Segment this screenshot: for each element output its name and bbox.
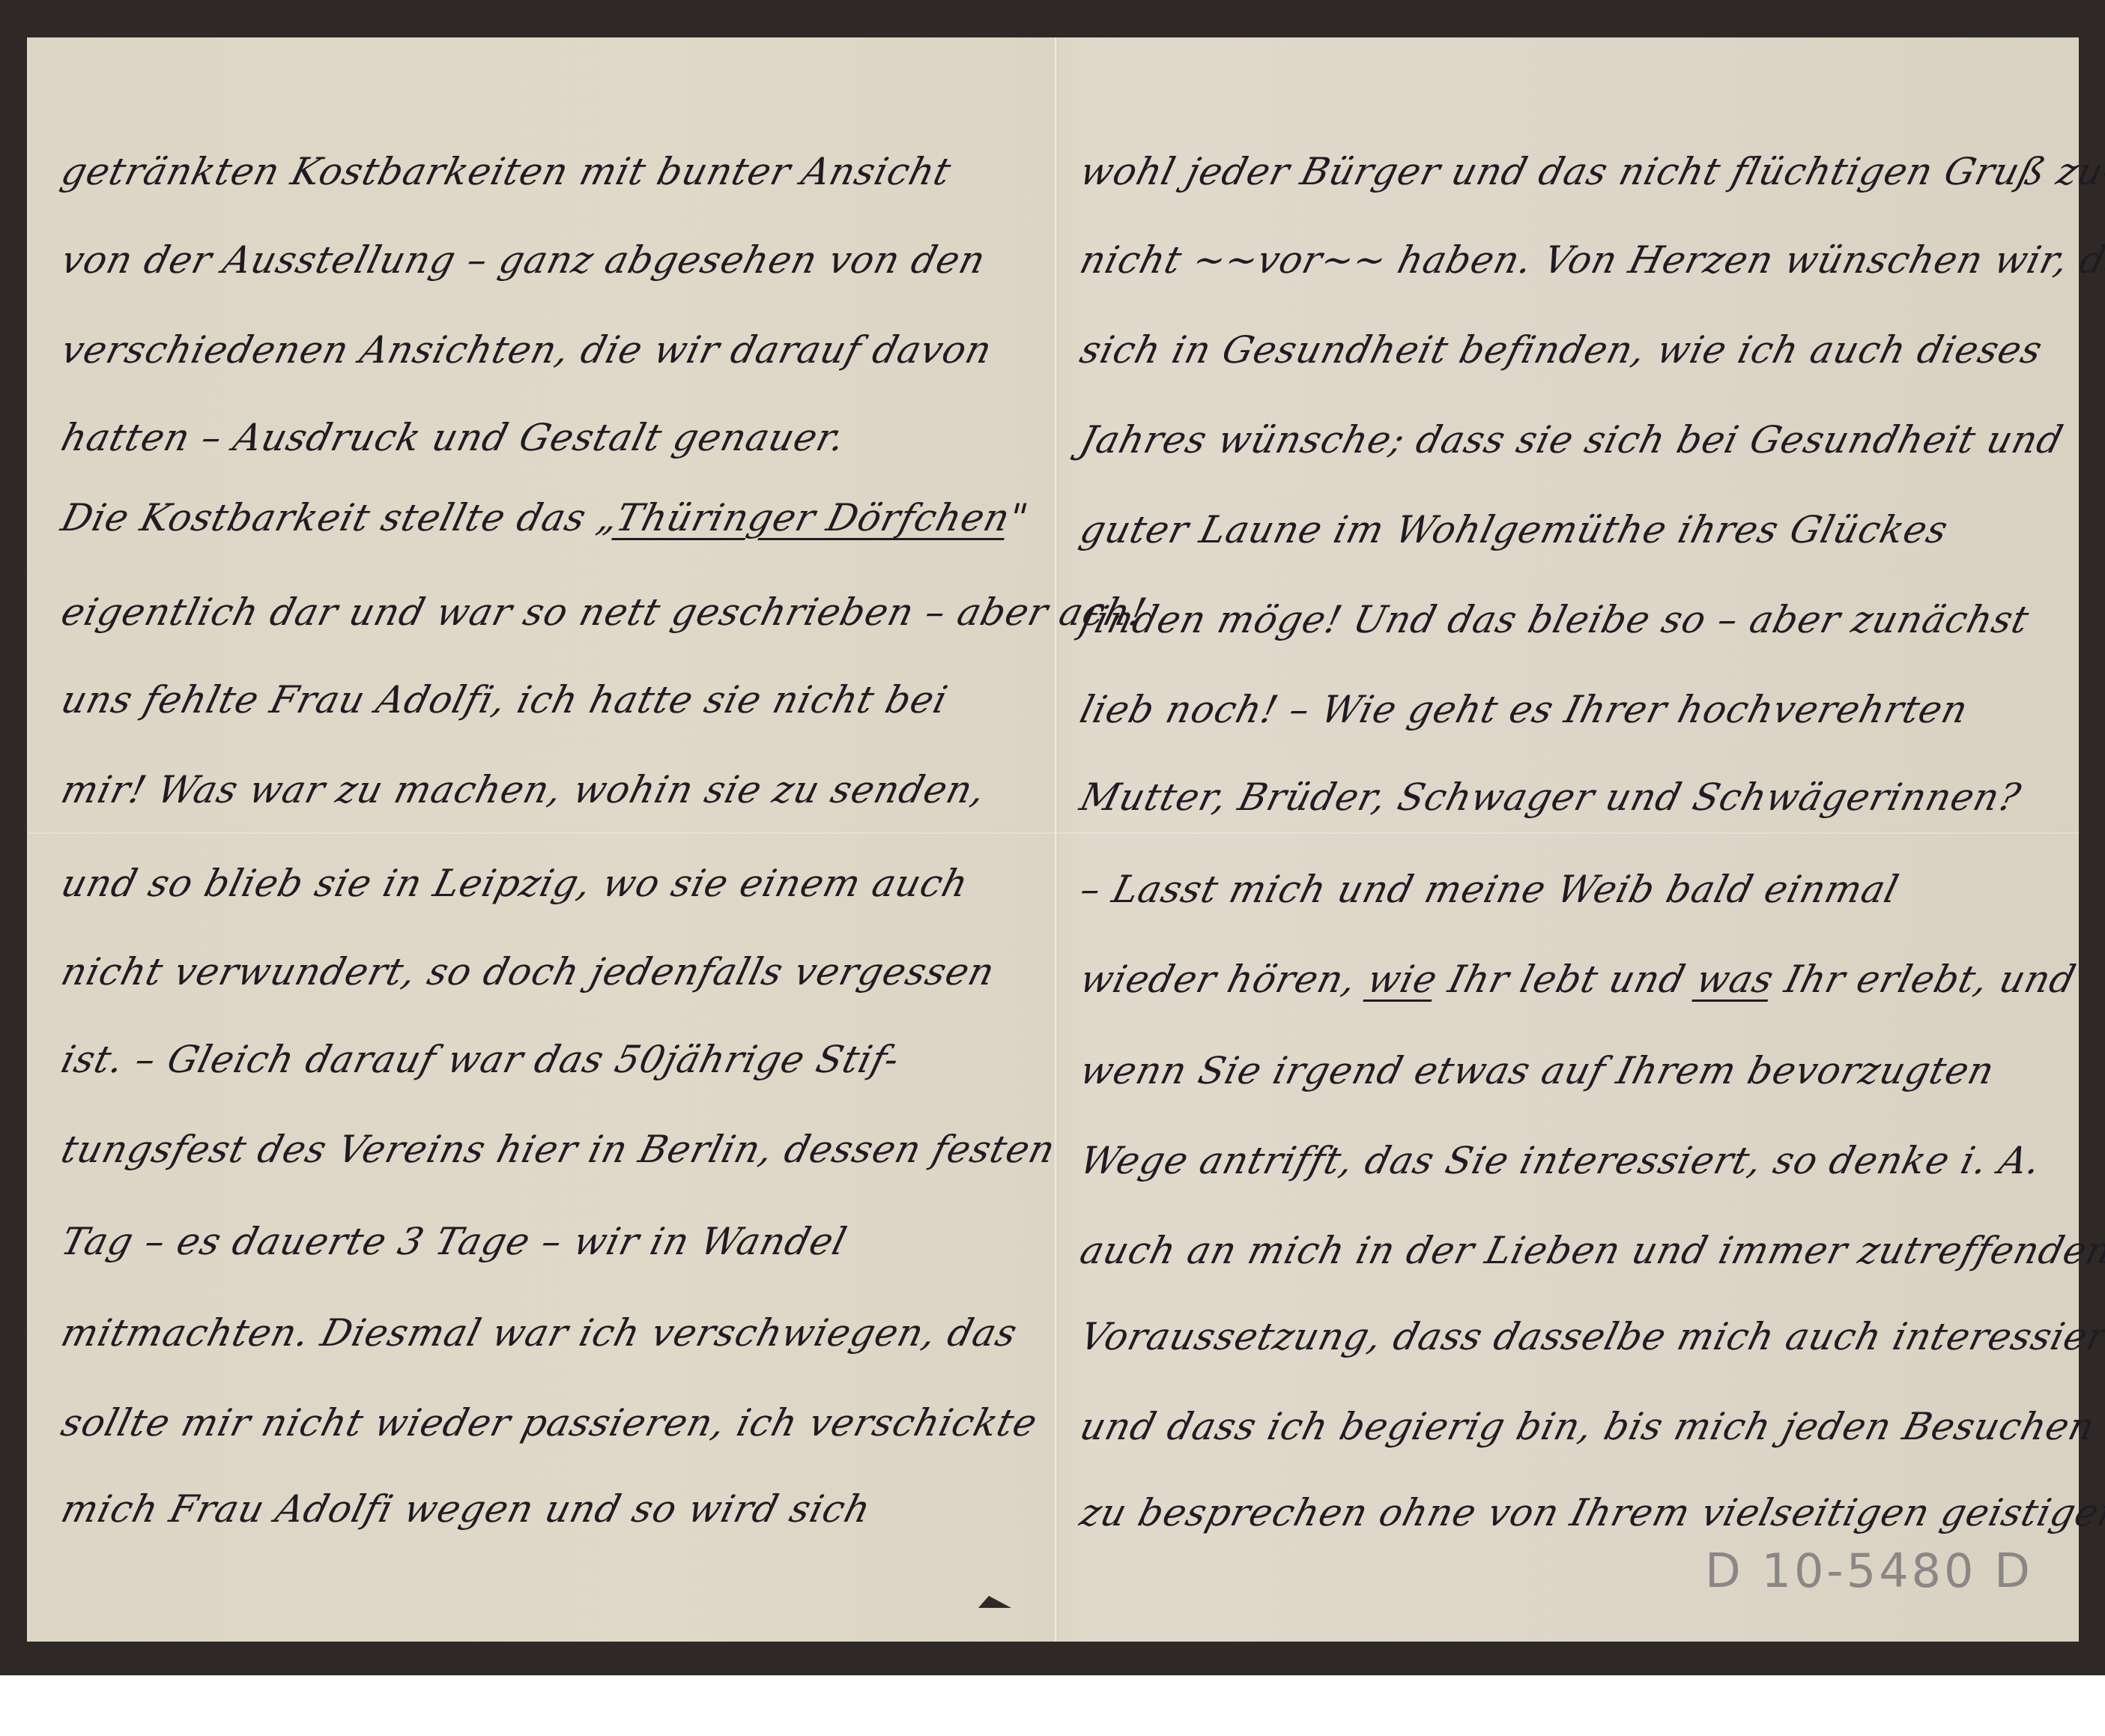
right-line-14: Voraussetzung, dass dasselbe mich auch i… — [1076, 1315, 2105, 1358]
right-line-2: nicht ~~vor~~ haben. Von Herzen wünschen… — [1076, 238, 2105, 282]
underlined-title: Thüringer Dörfchen — [611, 496, 1014, 539]
right-line-10-b: Ihr lebt und — [1432, 958, 1703, 1001]
right-line-10-a: wieder hören, — [1076, 958, 1374, 1001]
left-line-7: uns fehlte Frau Adolfi, ich hatte sie ni… — [57, 678, 952, 722]
left-line-5-a: Die Kostbarkeit stellte das „ — [57, 496, 623, 539]
underlined-wie: wie — [1363, 958, 1443, 1001]
right-line-4: Jahres wünsche; dass sie sich bei Gesund… — [1076, 418, 2068, 462]
left-line-4: hatten – Ausdruck und Gestalt genauer. — [57, 416, 850, 459]
left-line-13: Tag – es dauerte 3 Tage – wir in Wandel — [57, 1220, 851, 1263]
left-line-11: ist. – Gleich darauf war das 50jährige S… — [57, 1038, 904, 1081]
right-line-9: – Lasst mich und meine Weib bald einmal — [1076, 868, 1903, 911]
right-line-5: guter Laune im Wohlgemüthe ihres Glückes — [1076, 508, 1953, 551]
left-line-12: tungsfest des Vereins hier in Berlin, de… — [57, 1128, 1060, 1171]
left-line-16: mich Frau Adolfi wegen und so wird sich — [57, 1487, 876, 1531]
right-line-10-c: Ihr erlebt, und — [1768, 958, 2080, 1001]
right-line-10: wieder hören, wie Ihr lebt und was Ihr e… — [1076, 958, 2080, 1001]
right-line-16: zu besprechen ohne von Ihrem vielseitige… — [1076, 1491, 2105, 1534]
right-line-13: auch an mich in der Lieben und immer zut… — [1076, 1229, 2105, 1272]
right-page: wohl jeder Bürger und das nicht flüchtig… — [1076, 37, 2065, 1642]
left-line-1: getränkten Kostbarkeiten mit bunter Ansi… — [57, 150, 956, 193]
right-line-1: wohl jeder Bürger und das nicht flüchtig… — [1076, 150, 2105, 193]
right-line-8: Mutter, Brüder, Schwager und Schwägerinn… — [1076, 775, 2026, 819]
left-line-5: Die Kostbarkeit stellte das „Thüringer D… — [57, 496, 1033, 539]
left-line-14: mitmachten. Diesmal war ich verschwiegen… — [57, 1311, 1022, 1355]
right-line-11: wenn Sie irgend etwas auf Ihrem bevorzug… — [1076, 1049, 1999, 1092]
right-line-7: lieb noch! – Wie geht es Ihrer hochvereh… — [1076, 688, 1972, 731]
archive-signature: D 10-5480 D — [1705, 1543, 2033, 1598]
letter-sheet: getränkten Kostbarkeiten mit bunter Ansi… — [27, 37, 2079, 1642]
left-line-2: von der Ausstellung – ganz abgesehen von… — [57, 238, 990, 282]
paper-tear — [978, 1596, 1011, 1608]
left-line-10: nicht verwundert, so doch jedenfalls ver… — [57, 950, 999, 993]
left-line-3: verschiedenen Ansichten, die wir darauf … — [57, 328, 997, 372]
left-line-9: und so blieb sie in Leipzig, wo sie eine… — [57, 862, 973, 905]
right-line-3: sich in Gesundheit befinden, wie ich auc… — [1076, 328, 2047, 372]
right-line-15: und dass ich begierig bin, bis mich jede… — [1076, 1405, 2100, 1448]
underlined-was: was — [1691, 958, 1778, 1001]
right-line-12: Wege antrifft, das Sie interessiert, so … — [1076, 1139, 2046, 1182]
left-line-15: sollte mir nicht wieder passieren, ich v… — [57, 1401, 1042, 1445]
left-line-8: mir! Was war zu machen, wohin sie zu sen… — [57, 768, 990, 811]
right-line-6: finden möge! Und das bleibe so – aber zu… — [1076, 598, 2034, 641]
vertical-fold — [1053, 37, 1058, 1642]
left-line-6: eigentlich dar und war so nett geschrieb… — [57, 590, 1151, 634]
left-page: getränkten Kostbarkeiten mit bunter Ansi… — [57, 37, 1038, 1642]
